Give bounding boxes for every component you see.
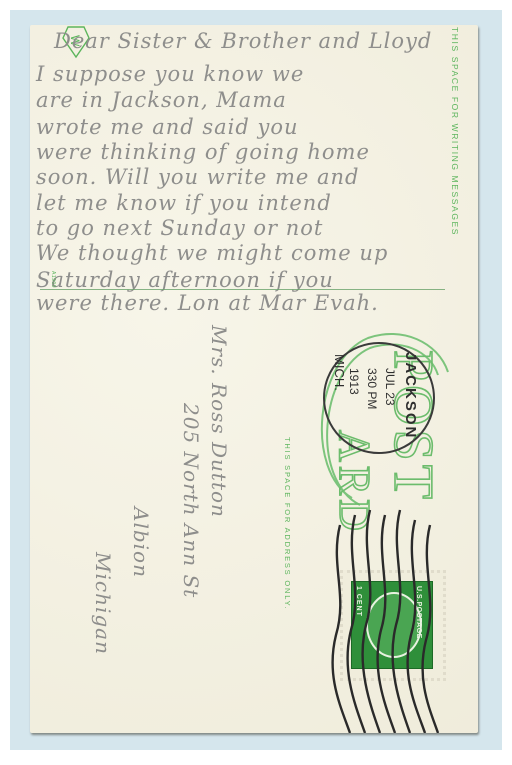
address-space-label: THIS SPACE FOR ADDRESS ONLY.: [283, 437, 292, 610]
message-line: Dear Sister & Brother and Lloyd: [54, 29, 432, 54]
cancellation-wavy-lines-icon: [330, 505, 450, 733]
message-line: let me know if you intend: [36, 191, 332, 216]
address-line: Michigan: [92, 552, 114, 655]
address-line: 205 North Ann St: [180, 403, 202, 598]
postmark-date: JUL 23: [383, 368, 397, 406]
message-line: We thought we might come up: [36, 241, 388, 266]
address-line: Mrs. Ross Dutton: [208, 325, 230, 518]
message-line: to go next Sunday or not: [36, 216, 323, 241]
postmark: JACKSON JUL 23 330 PM 1913 MICH.: [323, 342, 435, 454]
postmark-city: JACKSON: [402, 352, 419, 439]
message-line: are in Jackson, Mama: [36, 88, 287, 113]
address-line: Albion: [130, 507, 152, 578]
message-line: soon. Will you write me and: [36, 165, 359, 190]
postmark-time: 330 PM: [365, 368, 379, 409]
divider-line: [40, 289, 445, 290]
message-line: wrote me and said you: [36, 115, 299, 140]
postcard: W Dear Sister & Brother and Lloyd I supp…: [30, 25, 478, 733]
writing-space-label: THIS SPACE FOR WRITING MESSAGES: [450, 27, 460, 236]
postmark-year: 1913: [347, 368, 361, 395]
publisher-code: A1900: [50, 271, 56, 288]
message-line: I suppose you know we: [36, 62, 304, 87]
message-line: were there. Lon at Mar Evah.: [36, 291, 379, 316]
message-line: were thinking of going home: [36, 140, 370, 165]
postmark-state: MICH.: [332, 354, 347, 391]
